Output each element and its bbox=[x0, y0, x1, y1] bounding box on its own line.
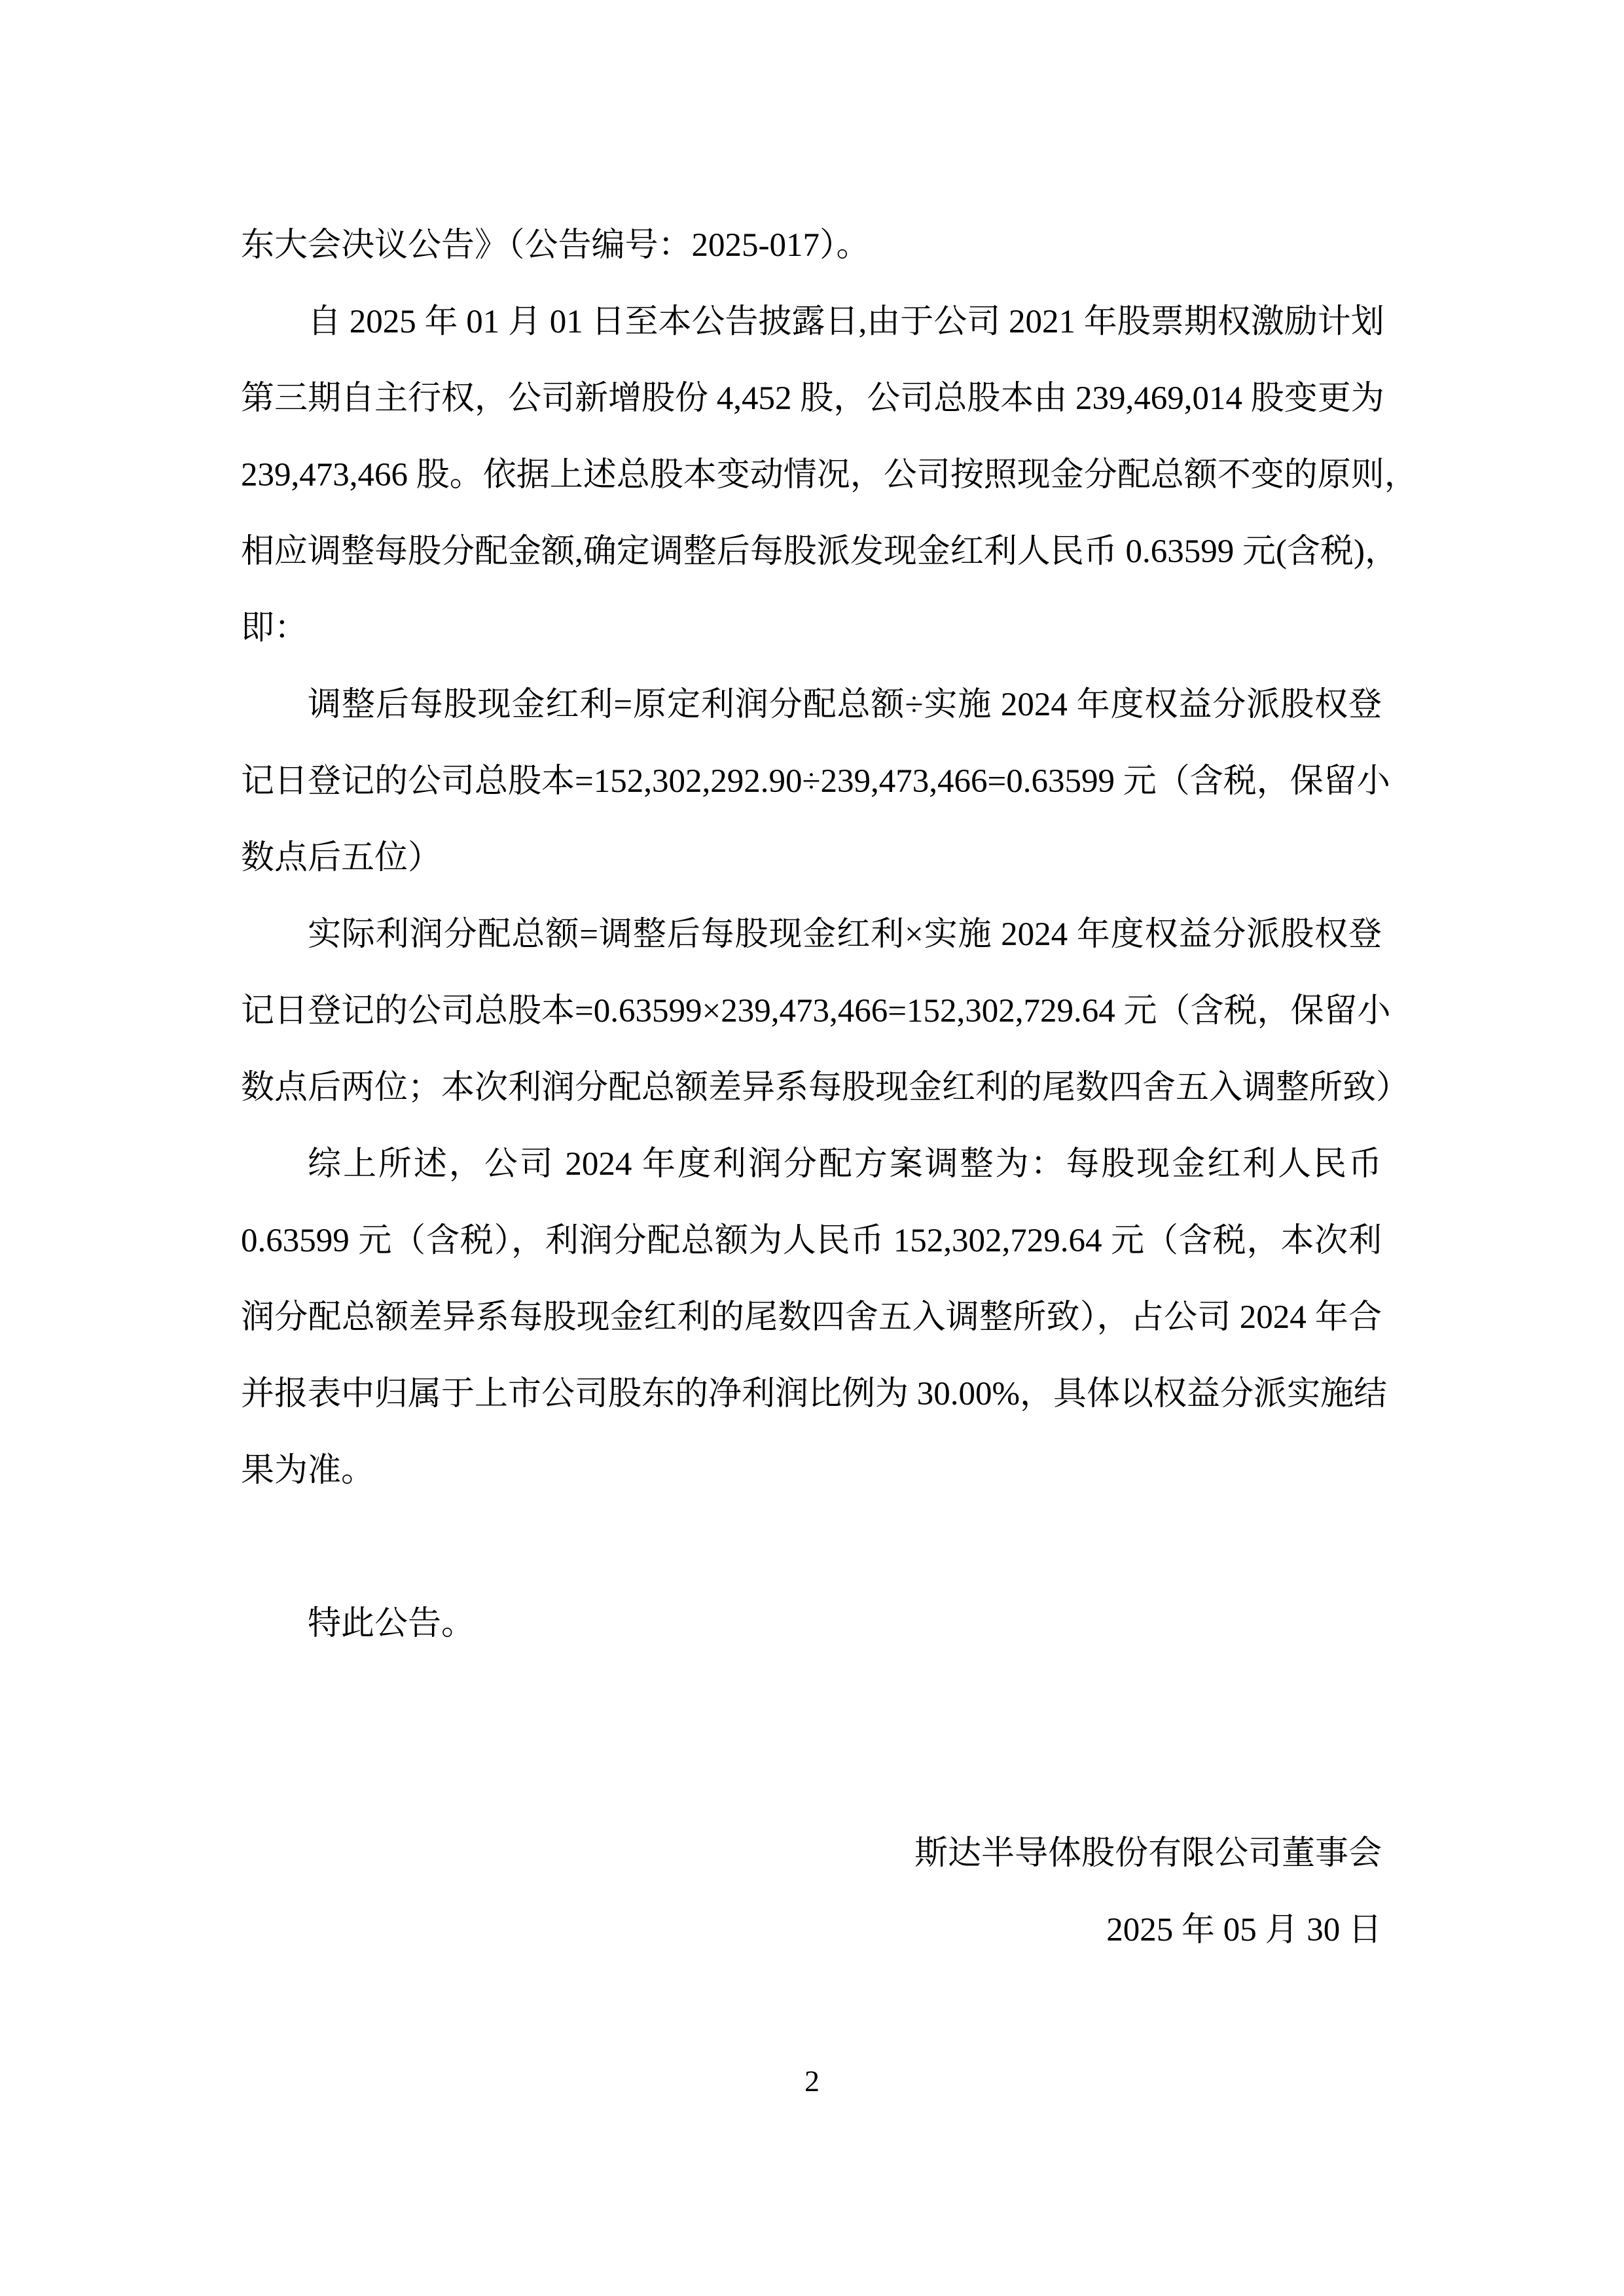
formula-line-dividend-per-share: 调整后每股现金红利=原定利润分配总额÷实施 2024 年度权益分派股权登 bbox=[241, 667, 1382, 744]
blank-line bbox=[241, 1662, 1382, 1739]
text-line-summary: 并报表中归属于上市公司股东的净利润比例为 30.00%，具体以权益分派实施结 bbox=[241, 1356, 1382, 1433]
text-line-summary: 0.63599 元（含税），利润分配总额为人民币 152,302,729.64 … bbox=[241, 1203, 1382, 1280]
document-body: 东大会决议公告》（公告编号：2025-017）。 自 2025 年 01 月 0… bbox=[241, 207, 1382, 1969]
signature-company: 斯达半导体股份有限公司董事会 bbox=[241, 1816, 1382, 1892]
text-line: 239,473,466 股。依据上述总股本变动情况，公司按照现金分配总额不变的原… bbox=[241, 437, 1382, 514]
blank-line bbox=[241, 1509, 1382, 1586]
signature-date: 2025 年 05 月 30 日 bbox=[241, 1892, 1382, 1969]
formula-line-dividend-per-share: 记日登记的公司总股本=152,302,292.90÷239,473,466=0.… bbox=[241, 744, 1382, 820]
text-line-summary: 综上所述，公司 2024 年度利润分配方案调整为：每股现金红利人民币 bbox=[241, 1126, 1382, 1203]
text-line-continuation: 东大会决议公告》（公告编号：2025-017）。 bbox=[241, 207, 1382, 284]
announcement-page: 东大会决议公告》（公告编号：2025-017）。 自 2025 年 01 月 0… bbox=[0, 0, 1624, 2296]
formula-line-dividend-per-share: 数点后五位） bbox=[241, 820, 1382, 897]
text-line: 相应调整每股分配金额,确定调整后每股派发现金红利人民币 0.63599 元(含税… bbox=[241, 514, 1382, 590]
blank-line bbox=[241, 1739, 1382, 1816]
text-line: 自 2025 年 01 月 01 日至本公告披露日,由于公司 2021 年股票期… bbox=[241, 284, 1382, 361]
text-line: 即： bbox=[241, 590, 1382, 667]
formula-line-total-distribution: 数点后两位；本次利润分配总额差异系每股现金红利的尾数四舍五入调整所致） bbox=[241, 1050, 1382, 1126]
text-line-summary-end: 果为准。 bbox=[241, 1433, 1382, 1509]
closing-statement: 特此公告。 bbox=[241, 1586, 1382, 1662]
page-number: 2 bbox=[0, 2062, 1624, 2101]
formula-line-total-distribution: 实际利润分配总额=调整后每股现金红利×实施 2024 年度权益分派股权登 bbox=[241, 897, 1382, 973]
text-line-summary: 润分配总额差异系每股现金红利的尾数四舍五入调整所致），占公司 2024 年合 bbox=[241, 1280, 1382, 1356]
text-line: 第三期自主行权，公司新增股份 4,452 股，公司总股本由 239,469,01… bbox=[241, 361, 1382, 437]
formula-line-total-distribution: 记日登记的公司总股本=0.63599×239,473,466=152,302,7… bbox=[241, 973, 1382, 1050]
